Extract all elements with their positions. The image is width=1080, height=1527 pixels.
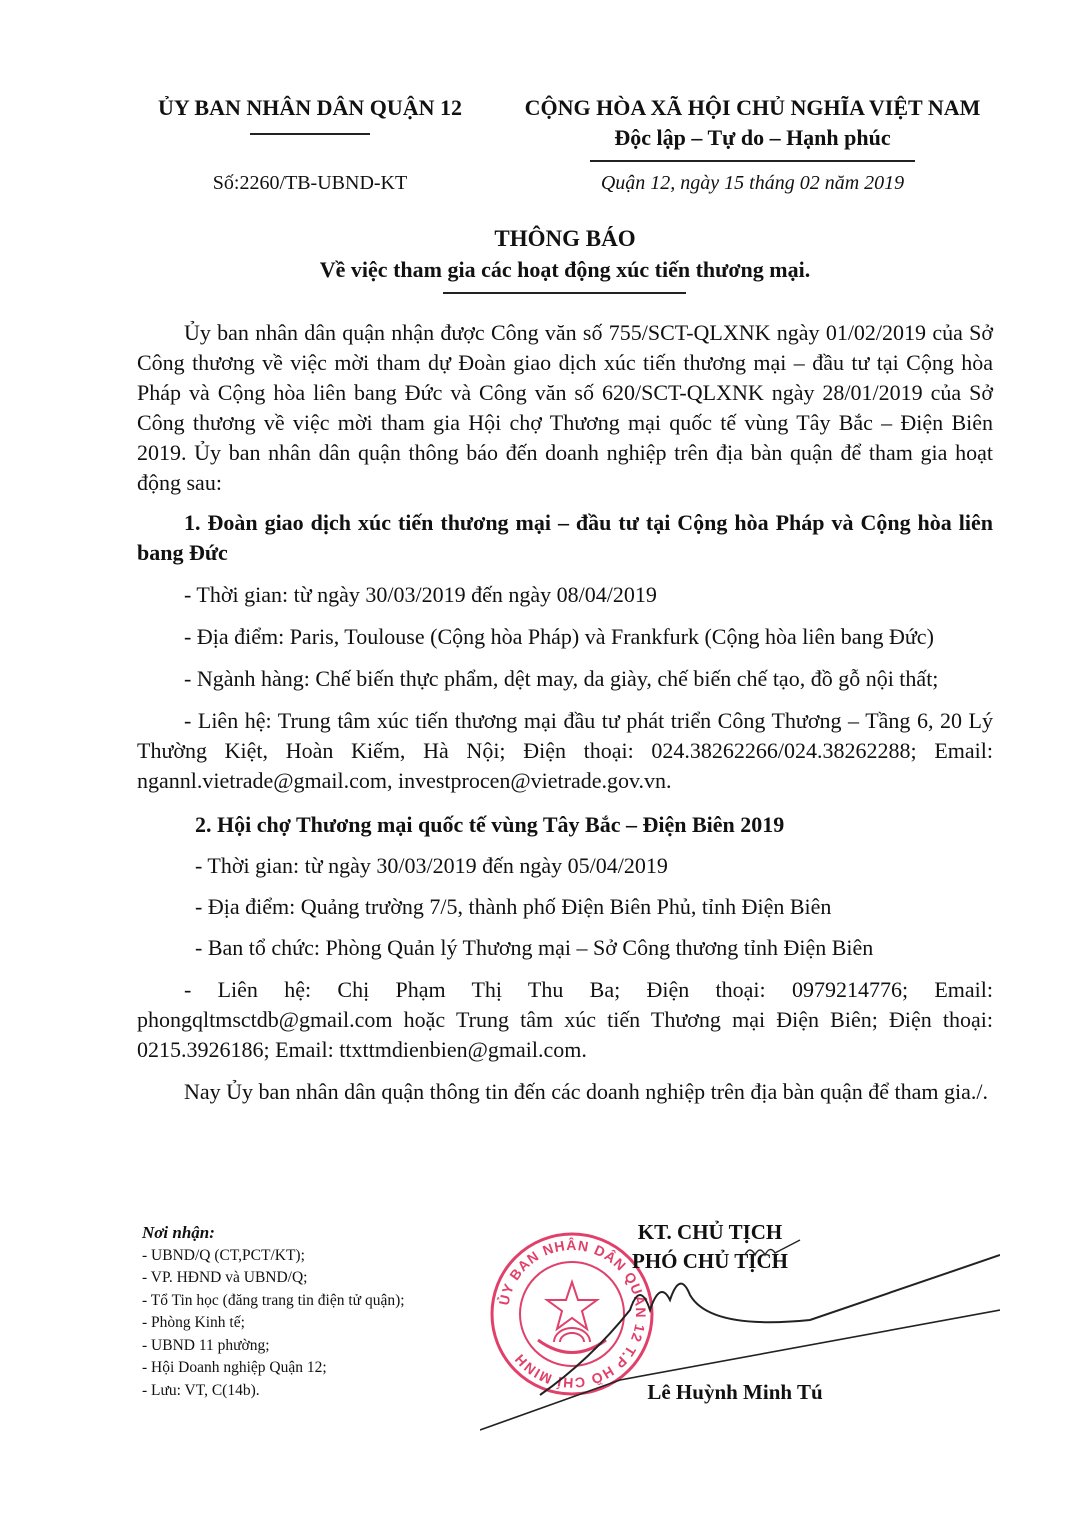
recipient-item: - UBND 11 phường; <box>142 1335 502 1358</box>
recipient-item: - UBND/Q (CT,PCT/KT); <box>142 1245 502 1268</box>
section-1-heading: 1. Đoàn giao dịch xúc tiến thương mại – … <box>137 508 993 568</box>
section-2-item: - Thời gian: từ ngày 30/03/2019 đến ngày… <box>137 851 993 881</box>
section-1-item: - Thời gian: từ ngày 30/03/2019 đến ngày… <box>137 580 993 610</box>
recipient-item: - Hội Doanh nghiệp Quận 12; <box>142 1357 502 1380</box>
signer-name: Lê Huỳnh Minh Tú <box>610 1380 860 1405</box>
section-2-item: - Ban tổ chức: Phòng Quản lý Thương mại … <box>137 933 993 963</box>
closing-paragraph: Nay Ủy ban nhân dân quận thông tin đến c… <box>137 1077 993 1107</box>
subtitle-underline <box>443 292 686 294</box>
section-1-item: - Ngành hàng: Chế biến thực phẩm, dệt ma… <box>137 664 993 694</box>
agency-underline <box>250 133 370 135</box>
document-subtitle: Về việc tham gia các hoạt động xúc tiến … <box>130 257 1000 283</box>
country-name: CỘNG HÒA XÃ HỘI CHỦ NGHĨA VIỆT NAM <box>490 95 1015 121</box>
document-title: THÔNG BÁO <box>130 226 1000 252</box>
intro-paragraph: Ủy ban nhân dân quận nhận được Công văn … <box>137 318 993 498</box>
place-date: Quận 12, ngày 15 tháng 02 năm 2019 <box>490 172 1015 195</box>
national-motto: Độc lập – Tự do – Hạnh phúc <box>490 125 1015 151</box>
section-1-item: - Địa điểm: Paris, Toulouse (Cộng hòa Ph… <box>137 622 993 652</box>
section-2-item: - Địa điểm: Quảng trường 7/5, thành phố … <box>137 892 993 922</box>
recipient-item: - Phòng Kinh tế; <box>142 1312 502 1335</box>
recipient-item: - Tổ Tin học (đăng trang tin điện tử quậ… <box>142 1290 502 1313</box>
section-2-item: - Liên hệ: Chị Phạm Thị Thu Ba; Điện tho… <box>137 975 993 1065</box>
section-2-heading: 2. Hội chợ Thương mại quốc tế vùng Tây B… <box>137 810 993 840</box>
motto-underline <box>590 160 915 162</box>
section-1-item: - Liên hệ: Trung tâm xúc tiến thương mại… <box>137 706 993 796</box>
recipients-block: Nơi nhận: - UBND/Q (CT,PCT/KT); - VP. HĐ… <box>142 1222 502 1402</box>
document-number: Số:2260/TB-UBND-KT <box>130 172 490 195</box>
recipient-item: - VP. HĐND và UBND/Q; <box>142 1267 502 1290</box>
issuing-agency: ỦY BAN NHÂN DÂN QUẬN 12 <box>130 95 490 121</box>
document-body: Ủy ban nhân dân quận nhận được Công văn … <box>137 318 993 1107</box>
recipients-label: Nơi nhận: <box>142 1222 502 1245</box>
recipient-item: - Lưu: VT, C(14b). <box>142 1380 502 1403</box>
